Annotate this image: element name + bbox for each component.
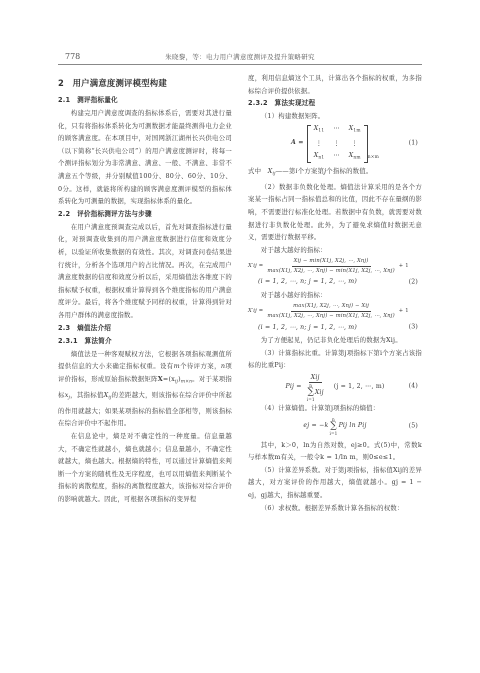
step-4-note: 其中，k＞0，ln为自然对数，ej≥0。式(5)中，常数k与样本数m有关，一般令…	[248, 439, 422, 464]
numerator: max(X1j, X2j, ⋯, Xnj) − Xij	[291, 302, 371, 312]
text-run: ，其指标值	[70, 391, 104, 399]
equation-number: (3)	[409, 322, 418, 335]
text-run: 个待评方案，	[180, 362, 221, 370]
step-2: （2）数据非负数化处理。熵值法计算采用的是各个方案某一指标占同一指标值总和的比值…	[248, 181, 422, 244]
positive-indicator-label: 对于越大越好的指标：	[248, 244, 422, 257]
condition: (j = 1, 2, ⋯, m)	[334, 381, 385, 394]
matrix-A: X11 ⋯ X1m ⋮ ⋮ ⋮ Xn1 ⋯ Xnm n×m	[307, 123, 379, 164]
paragraph-2-3-1-b: 在信息论中，熵是对不确定性的一种度量。信息量越大，不确定性就越小，熵也就越小；信…	[58, 430, 232, 506]
paragraph-2-1: 构建完用户满意度调查的指标体系后，需要对其进行量化，只有将指标体系转化为可测数据…	[58, 107, 232, 208]
matrix-dimension: n×m	[368, 152, 379, 165]
cell: X1m	[349, 123, 361, 138]
equation-2-condition: (i = 1, 2, ⋯, n; j = 1, 2, ⋯, m) (2)	[248, 276, 422, 289]
equation-number: (5)	[409, 420, 418, 433]
eq5-lhs: ej = −k	[303, 420, 328, 433]
step-1: （1）构建数据矩阵。	[248, 110, 422, 123]
subsection-2-3-title: 2.3 熵值法介绍	[58, 322, 232, 335]
running-title: 朱晓黎，等：电力用户满意度测评及提升策略研究	[58, 52, 422, 61]
step-6: （6）求权数。根据差异系数计算各指标的权数：	[248, 502, 422, 515]
where-clause: 式中 Xij——第i个方案第j个指标的数值。	[248, 165, 422, 181]
subsection-2-3-2-title: 2.3.2 算法实现过程	[248, 97, 422, 110]
equation-3: X′ij = max(X1j, X2j, ⋯, Xnj) − Xij max(X…	[248, 302, 422, 322]
step-4: （4）计算熵值。计算第j项指标的熵值：	[248, 402, 422, 415]
equation-3-condition: (i = 1, 2, ⋯, n; j = 1, 2, ⋯, m) (3)	[248, 322, 422, 335]
equation-1: A = X11 ⋯ X1m ⋮ ⋮ ⋮ Xn1 ⋯ Xnm n×m (1)	[248, 123, 422, 165]
paragraph-2-2: 在用户满意度预调查完成以后，首先对调查指标进行量化，对预调查收集到的用户满意度数…	[58, 221, 232, 322]
fraction: Xij − min(X1j, X2j, ⋯, Xnj) max(X1j, X2j…	[265, 257, 396, 276]
section-title: 2 用户满意度测评模型构建	[58, 72, 232, 94]
fraction: max(X1j, X2j, ⋯, Xnj) − Xij max(X1j, X2j…	[265, 302, 396, 321]
left-column: 2 用户满意度测评模型构建 2.1 测评指标量化 构建完用户满意度调查的指标体系…	[58, 72, 232, 506]
continued-paragraph: 度，利用信息熵这个工具，计算出各个指标的权重，为多指标综合评价提供依据。	[248, 72, 422, 97]
denominator: max(X1j, X2j, ⋯, Xnj) − min(X1j, X2j, ⋯,…	[265, 267, 396, 276]
eq2-lhs: X′ij =	[248, 260, 263, 273]
sub-mn: m×n	[181, 379, 192, 384]
condition: (i = 1, 2, ⋯, n; j = 1, 2, ⋯, m)	[258, 278, 357, 285]
step-5: （5）计算差异系数。对于第j项指标，指标值Xij的差异越大，对方案评价的作用越大…	[248, 464, 422, 502]
equation-number: (1)	[409, 137, 418, 150]
eq3-lhs: X′ij =	[248, 305, 263, 318]
eq2-tail: + 1	[399, 260, 409, 273]
cell: ⋮	[314, 138, 325, 150]
cell: ⋯	[333, 150, 339, 165]
equation-number: (2)	[409, 276, 418, 289]
cell: X11	[314, 123, 325, 138]
cell: Xnm	[349, 150, 361, 165]
sum-operator: n ∑ i=1	[307, 383, 315, 402]
right-column: 度，利用信息熵这个工具，计算出各个指标的权重，为多指标综合评价提供依据。 2.3…	[248, 72, 422, 514]
paragraph-2-3-1-a: 熵值法是一种客观赋权方法，它根据各项指标观测值所提供信息的大小来确定指标权重。设…	[58, 348, 232, 431]
cell: ⋮	[349, 138, 361, 150]
denominator: max(X1j, X2j, ⋯, Xnj) − min(X1j, X2j, ⋯,…	[265, 312, 396, 321]
eq4-lhs: Pij =	[285, 381, 301, 394]
denominator: n ∑ i=1 Xij	[305, 383, 326, 402]
header-rule	[58, 64, 422, 65]
text-run: =(x	[163, 375, 175, 383]
eq1-lhs: A =	[291, 137, 304, 150]
cell: ⋮	[333, 138, 339, 150]
equation-2: X′ij = Xij − min(X1j, X2j, ⋯, Xnj) max(X…	[248, 256, 422, 276]
equation-4: Pij = Xij n ∑ i=1 Xij (j = 1, 2, ⋯, m) (…	[248, 372, 422, 402]
equation-number: (4)	[409, 381, 418, 394]
cell: ⋯	[333, 123, 339, 138]
equation-5: ej = −k n ∑ i=1 Pij ln Pij (5)	[248, 415, 422, 439]
eq5-term: Pij ln Pij	[339, 420, 367, 433]
numerator: Xij − min(X1j, X2j, ⋯, Xnj)	[292, 257, 371, 267]
sum-operator: n ∑ i=1	[329, 417, 337, 436]
numerator: Xij	[309, 373, 322, 383]
subsection-2-2-title: 2.2 评价指标测评方法与步骤	[58, 208, 232, 221]
subsection-2-1-title: 2.1 测评指标量化	[58, 94, 232, 107]
step-3: （3）计算指标比重。计算第j项指标下第i个方案占该指标的比重Pij：	[248, 347, 422, 372]
cell: Xn1	[314, 150, 325, 165]
matrix-grid: X11 ⋯ X1m ⋮ ⋮ ⋮ Xn1 ⋯ Xnm	[311, 123, 364, 164]
condition: (i = 1, 2, ⋯, n; j = 1, 2, ⋯, m)	[258, 324, 357, 331]
fraction: Xij n ∑ i=1 Xij	[305, 373, 326, 402]
normalized-note: 为了方便起见，仍记非负化处理后的数据为Xij。	[248, 334, 422, 347]
subsection-2-3-1-title: 2.3.1 算法简介	[58, 335, 232, 348]
negative-indicator-label: 对于越小越好的指标：	[248, 289, 422, 302]
eq3-tail: + 1	[399, 305, 409, 318]
